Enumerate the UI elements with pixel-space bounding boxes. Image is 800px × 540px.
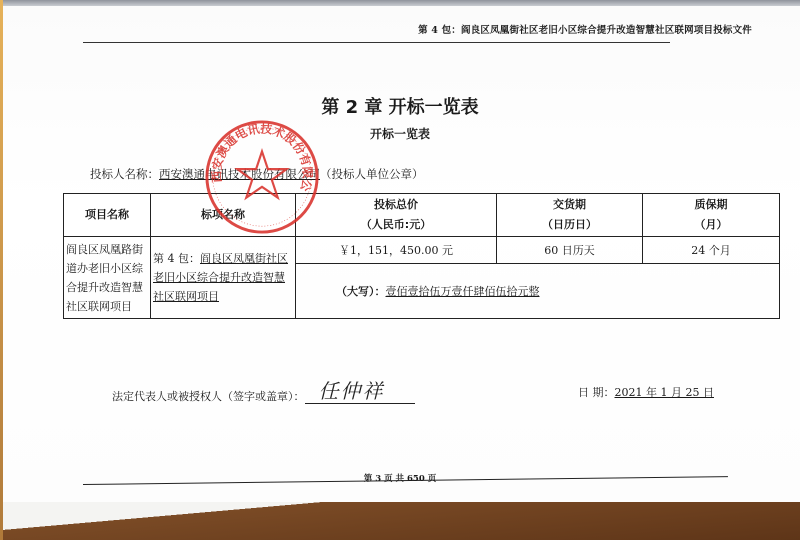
cell-lot-name: 第 4 包：阎良区凤凰街社区老旧小区综合提升改造智慧社区联网项目 [151,237,296,319]
section-title: 开标一览表 [0,125,800,142]
signature-line: 法定代表人或被授权人（签字或盖章）：任仲祥 [112,388,415,404]
header-total-price: 投标总价（人民币:元） [296,194,497,237]
bidder-line: 投标人名称：西安澳通电讯技术股份有限公司（投标人单位公章） [90,166,424,182]
handwritten-signature: 任仲祥 [319,375,385,404]
table-header-row: 项目名称 标项名称 投标总价（人民币:元） 交货期（日历日） 质保期（月） [64,194,780,237]
desk-background [0,496,800,540]
cell-total-price: ￥1，151，450.00 元 [296,237,497,264]
header-rule [83,42,670,43]
header-delivery: 交货期（日历日） [497,194,643,237]
cell-project-name: 阎良区凤凰路街道办老旧小区综合提升改造智慧社区联网项目 [64,237,151,319]
signature-field: 任仲祥 [305,389,415,404]
date-line: 日 期：2021 年 1 月 25 日 [578,384,714,400]
bid-summary-table: 项目名称 标项名称 投标总价（人民币:元） 交货期（日历日） 质保期（月） 阎良… [63,193,780,319]
header-project-name: 项目名称 [64,194,151,237]
chapter-title: 第 2 章 开标一览表 [0,93,800,119]
cell-capital-amount: （大写）：壹佰壹拾伍万壹仟肆佰伍拾元整 [296,264,780,319]
bidder-note: （投标人单位公章） [320,167,424,181]
date-label: 日 期： [578,386,615,399]
bidder-name: 西安澳通电讯技术股份有限公司 [159,167,320,181]
date-value: 2021 年 1 月 25 日 [615,386,714,399]
header-lot-name: 标项名称 [151,194,296,237]
running-header: 第 4 包：阎良区凤凰街社区老旧小区综合提升改造智慧社区联网项目投标文件 [418,22,752,36]
cell-warranty: 24 个月 [643,237,780,264]
page-number: 第 3 页 共 650 页 [0,472,800,484]
scan-left-edge [0,0,3,540]
cell-delivery: 60 日历天 [497,237,643,264]
table-row: 阎良区凤凰路街道办老旧小区综合提升改造智慧社区联网项目 第 4 包：阎良区凤凰街… [64,237,780,264]
header-warranty: 质保期（月） [643,194,780,237]
signature-label: 法定代表人或被授权人（签字或盖章）： [112,390,305,403]
bidder-label: 投标人名称： [90,167,159,181]
